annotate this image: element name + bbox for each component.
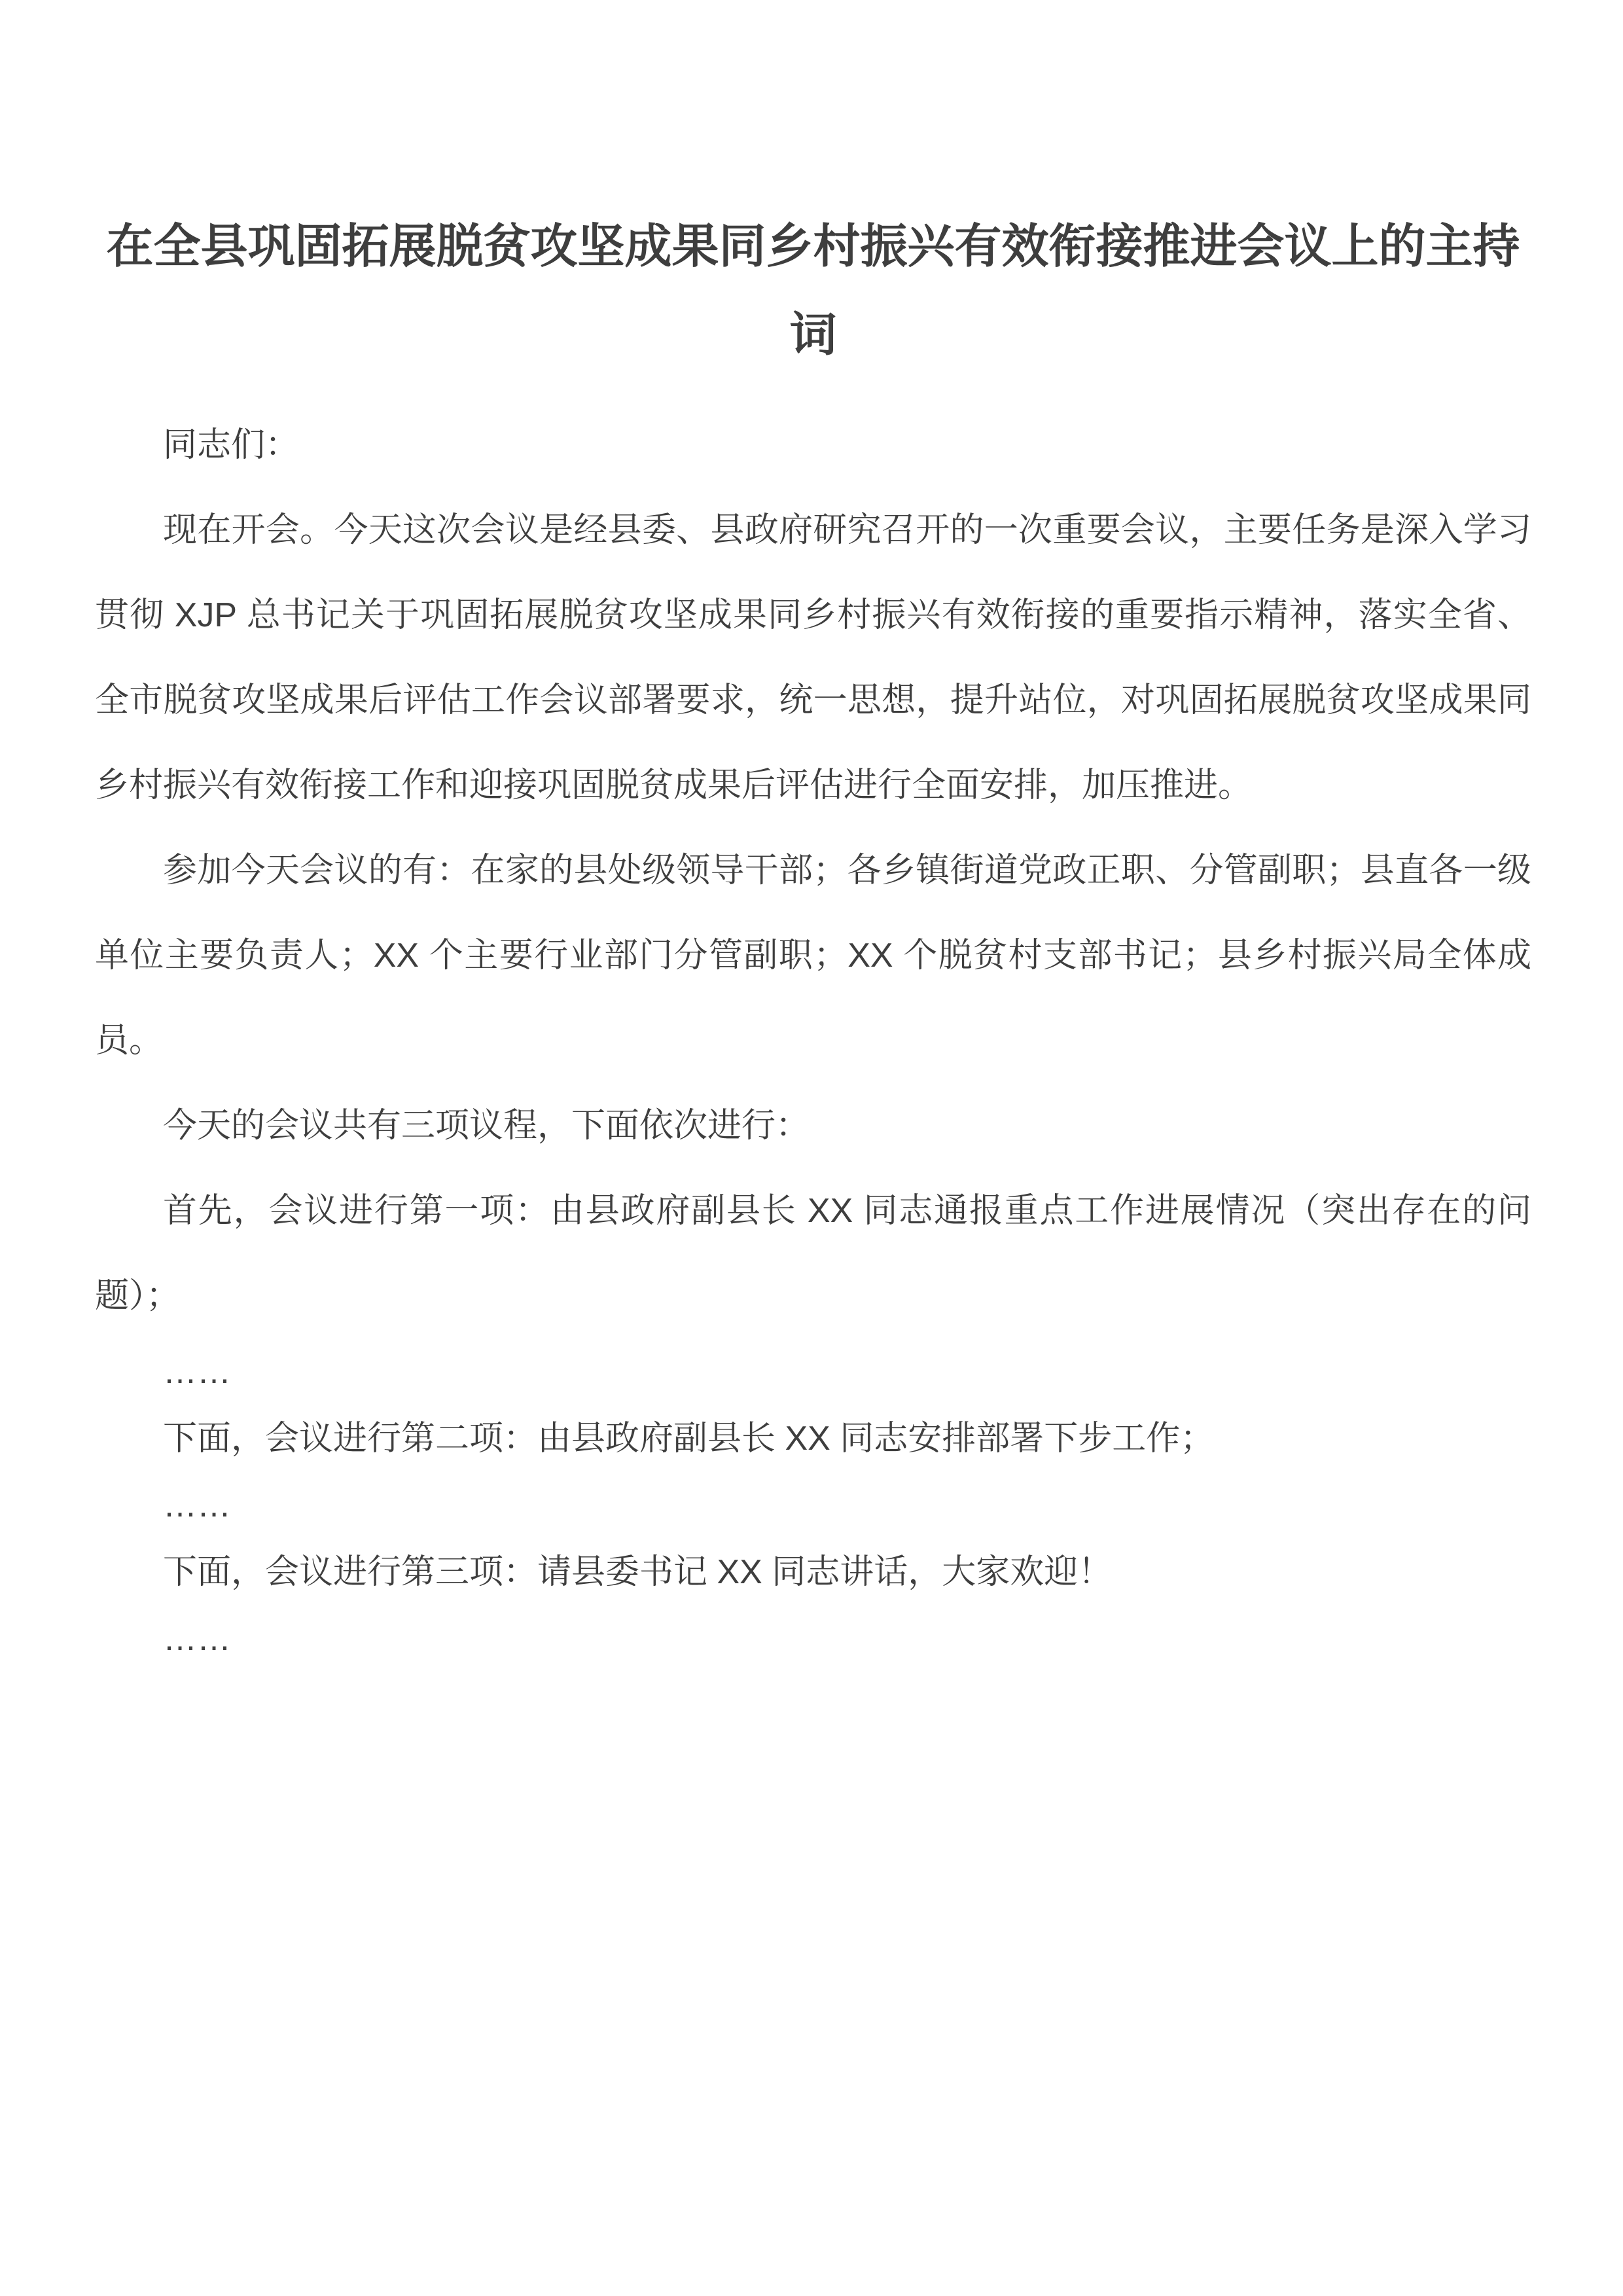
document-page: 在全县巩固拓展脱贫攻坚成果同乡村振兴有效衔接推进会议上的主持词 同志们： 现在开… — [0, 0, 1623, 2296]
paragraph-ellipsis-1: …… — [95, 1338, 1531, 1405]
paragraph-salutation: 同志们： — [95, 403, 1531, 488]
paragraph-agenda-intro: 今天的会议共有三项议程，下面依次进行： — [95, 1083, 1531, 1168]
paragraph-opening: 现在开会。今天这次会议是经县委、县政府研究召开的一次重要会议，主要任务是深入学习… — [95, 488, 1531, 828]
document-title: 在全县巩固拓展脱贫攻坚成果同乡村振兴有效衔接推进会议上的主持词 — [95, 203, 1531, 380]
paragraph-agenda-item-3: 下面，会议进行第三项：请县委书记 XX 同志讲话，大家欢迎！ — [95, 1539, 1531, 1605]
paragraph-agenda-item-2: 下面，会议进行第二项：由县政府副县长 XX 同志安排部署下步工作； — [95, 1405, 1531, 1472]
paragraph-ellipsis-2: …… — [95, 1472, 1531, 1539]
paragraph-agenda-item-1: 首先，会议进行第一项：由县政府副县长 XX 同志通报重点工作进展情况（突出存在的… — [95, 1168, 1531, 1338]
paragraph-ellipsis-3: …… — [95, 1605, 1531, 1672]
paragraph-attendees: 参加今天会议的有：在家的县处级领导干部；各乡镇街道党政正职、分管副职；县直各一级… — [95, 828, 1531, 1083]
